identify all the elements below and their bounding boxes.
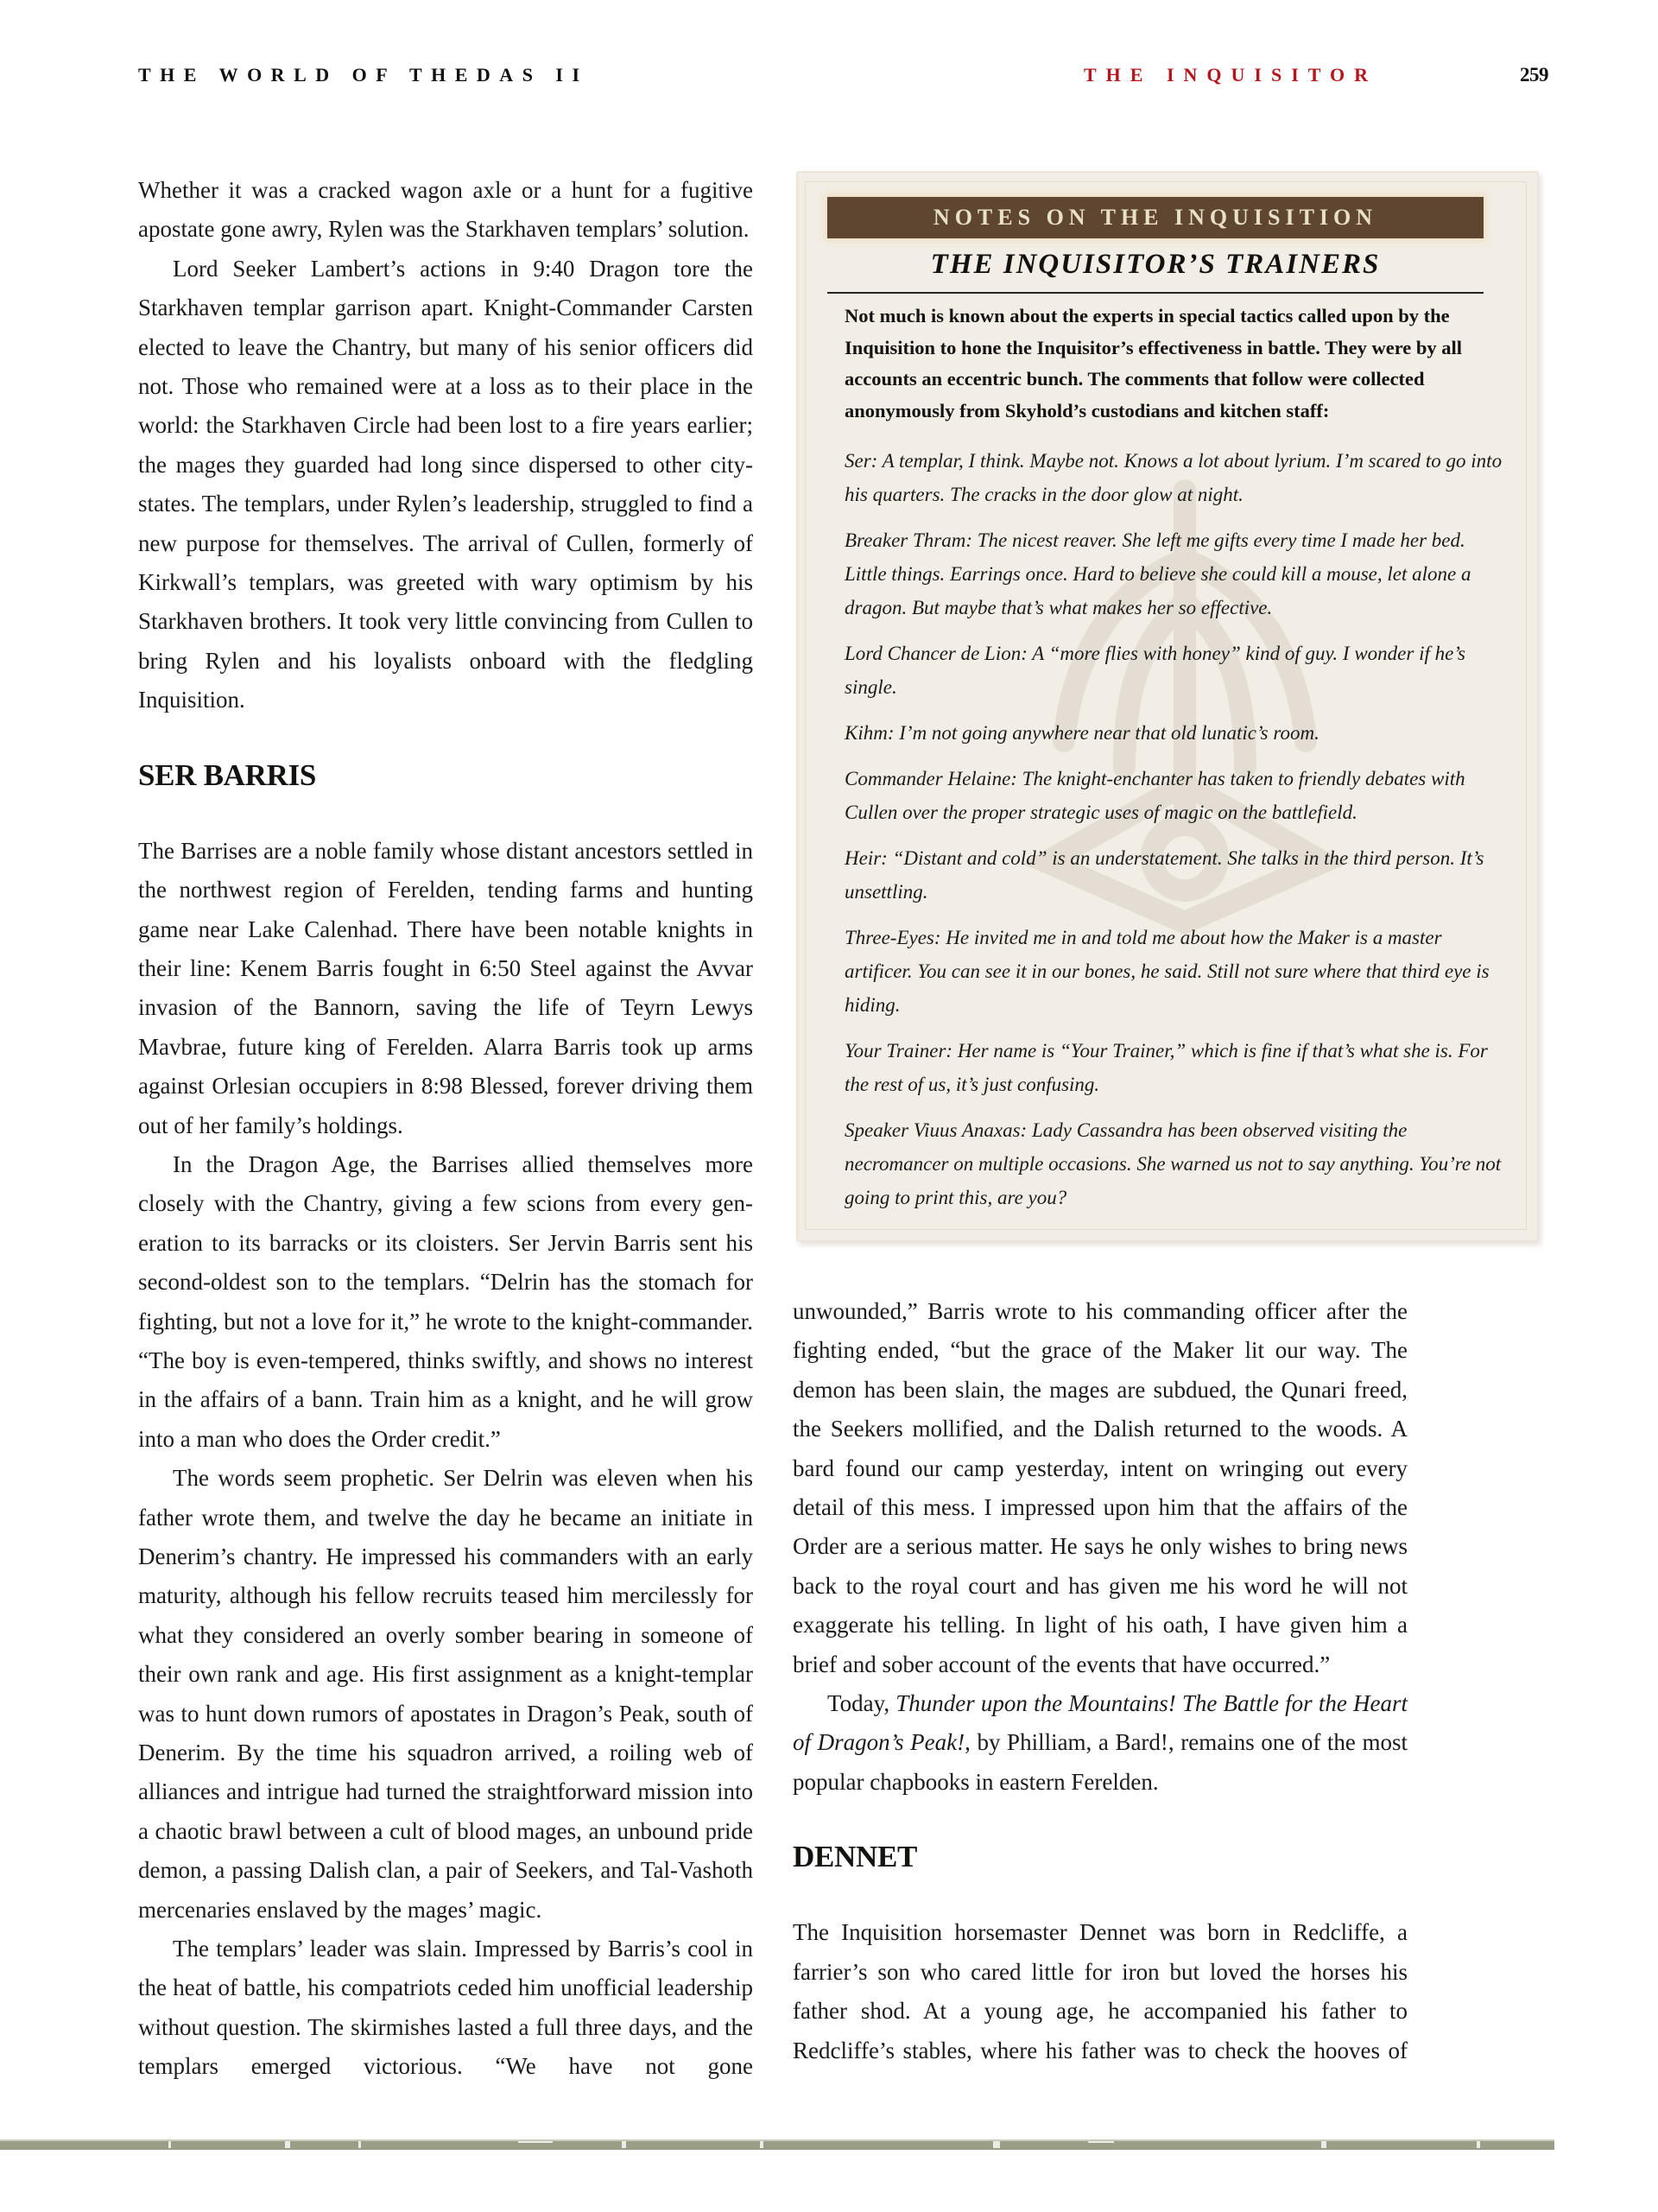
paragraph: The templars’ leader was slain. Impresse…	[138, 1930, 753, 2087]
trainer-entry-kihm: Kihm: I’m not going anywhere near that o…	[845, 716, 1503, 750]
right-column: unwounded,” Barris wrote to his commandi…	[793, 1292, 1408, 2070]
sidebar-notes-on-the-inquisition: NOTES ON THE INQUISITION THE INQUISITOR’…	[796, 171, 1539, 1242]
banner-text: NOTES ON THE INQUISITION	[933, 205, 1377, 231]
trainer-entry-commander-helaine: Commander Helaine: The knight-enchanter …	[845, 762, 1503, 829]
running-head: THE WORLD OF THEDAS II THE INQUISITOR 25…	[0, 64, 1658, 93]
page-number: 259	[1520, 64, 1548, 86]
book-title: THE WORLD OF THEDAS II	[138, 64, 589, 86]
sidebar-banner: NOTES ON THE INQUISITION	[827, 197, 1484, 238]
trainer-entry-speaker-viuus: Speaker Viuus Anaxas: Lady Cassandra has…	[845, 1113, 1503, 1214]
trainer-entry-your-trainer: Your Trainer: Her name is “Your Trainer,…	[845, 1034, 1503, 1101]
trainer-entry-breaker-thram: Breaker Thram: The nicest reaver. She le…	[845, 523, 1503, 624]
sidebar-intro: Not much is known about the experts in s…	[845, 301, 1503, 427]
trainer-entry-ser: Ser: A templar, I think. Maybe not. Know…	[845, 444, 1503, 511]
text: Today,	[827, 1690, 895, 1716]
paragraph: The Barrises are a noble family whose di…	[138, 832, 753, 1145]
paragraph: Whether it was a cracked wagon axle or a…	[138, 171, 753, 250]
paragraph: In the Dragon Age, the Barrises allied t…	[138, 1145, 753, 1459]
paragraph: unwounded,” Barris wrote to his commandi…	[793, 1292, 1408, 1684]
trainer-entry-three-eyes: Three-Eyes: He invited me in and told me…	[845, 921, 1503, 1022]
left-column: Whether it was a cracked wagon axle or a…	[138, 171, 753, 2087]
paragraph: Lord Seeker Lambert’s actions in 9:40 Dr…	[138, 250, 753, 720]
paragraph: The Inquisition horsemaster Dennet was b…	[793, 1913, 1408, 2070]
footer-decorative-bar	[0, 2139, 1554, 2150]
sidebar-content: Not much is known about the experts in s…	[845, 301, 1503, 1226]
trainer-entry-heir: Heir: “Distant and cold” is an understat…	[845, 841, 1503, 909]
divider	[827, 292, 1484, 294]
paragraph-today: Today, Thunder upon the Mountains! The B…	[793, 1684, 1408, 1802]
section-heading-ser-barris: SER BARRIS	[138, 758, 753, 793]
chapter-title: THE INQUISITOR	[1084, 64, 1377, 86]
sidebar-title: THE INQUISITOR’S TRAINERS	[796, 249, 1515, 281]
paragraph: The words seem prophetic. Ser Delrin was…	[138, 1459, 753, 1930]
trainer-entry-lord-chancer: Lord Chancer de Lion: A “more flies with…	[845, 637, 1503, 704]
section-heading-dennet: DENNET	[793, 1840, 1408, 1874]
